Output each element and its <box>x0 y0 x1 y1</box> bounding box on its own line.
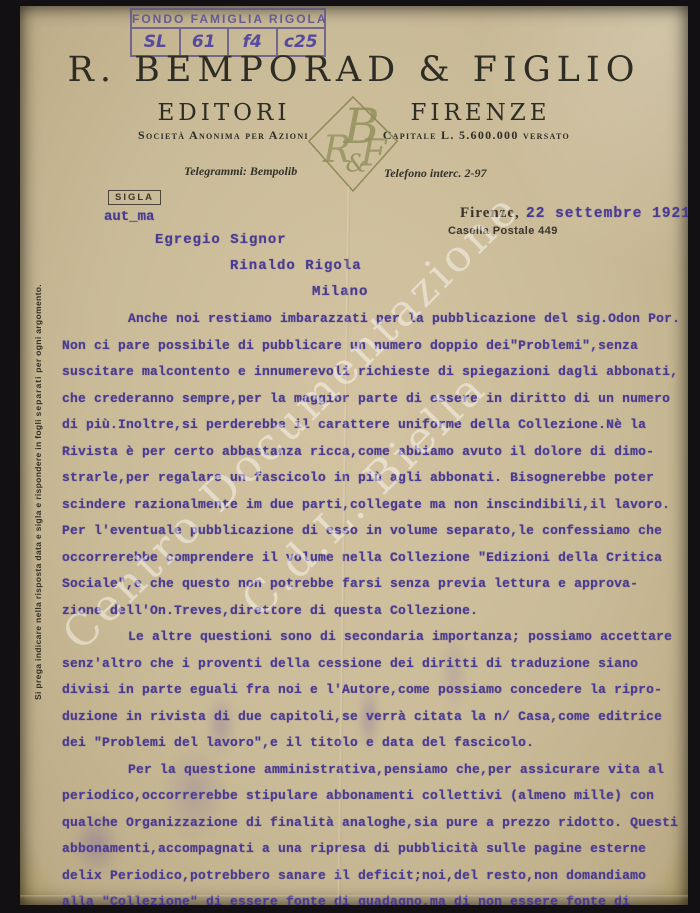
ink-smudge <box>358 682 380 752</box>
company-name: R. BEMPORAD & FIGLIO <box>20 50 688 90</box>
ink-smudge <box>72 812 120 876</box>
archive-stamp-title: FONDO FAMIGLIA RIGOLA <box>132 10 324 29</box>
letter-line: zione dell'On.Treves,direttore di questa… <box>62 598 677 625</box>
letter-line: Sociale",e che questo non potrebbe farsi… <box>62 571 677 598</box>
letter-line: Non ci pare possibile di pubblicare un n… <box>62 333 677 360</box>
dateline-typed-date: 22 settembre 1921 <box>526 206 688 222</box>
sigla-value: aut_ma <box>104 209 154 225</box>
phone-label: Telefono interc. 2-97 <box>384 166 487 181</box>
letter-line: occorrerebbe comprendere il volume nella… <box>62 545 677 572</box>
letter-paper: FONDO FAMIGLIA RIGOLA SL 61 f4 c25 R. BE… <box>20 6 688 905</box>
letter-line: periodico,occorrerebbe stipulare abbonam… <box>62 783 677 810</box>
dateline-city: Firenze, <box>460 205 520 222</box>
capital-label: Capitale L. 5.600.000 versato <box>383 128 570 143</box>
telegrams-label: Telegrammi: Bempolib <box>184 164 297 179</box>
paper-bottom-crease <box>20 895 688 898</box>
margin-note-text: Si prega indicare nella risposta data e … <box>33 284 43 700</box>
letter-line: senz'altro che i proventi della cessione… <box>62 651 677 678</box>
letter-line: abbonamenti,accompagnati a una ripresa d… <box>62 836 677 863</box>
letter-line: strarle,per regalare un fascicolo in più… <box>62 465 677 492</box>
recipient-name: Rinaldo Rigola <box>230 258 362 274</box>
letter-line: delix Periodico,potrebbero sanare il def… <box>62 863 677 890</box>
letter-line: Per la questione amministrativa,pensiamo… <box>62 757 677 784</box>
letter-line: Anche noi restiamo imbarazzati per la pu… <box>62 306 677 333</box>
letter-line: Le altre questioni sono di secondaria im… <box>62 624 677 651</box>
ink-smudge <box>206 692 236 758</box>
paragraph: Anche noi restiamo imbarazzati per la pu… <box>62 306 677 624</box>
company-type-label: Società Anonima per Azioni <box>138 128 309 143</box>
po-box-label: Casella Postale 449 <box>448 225 558 237</box>
letter-line: di più.Inoltre,si perderebbe il caratter… <box>62 412 677 439</box>
letter-line: che crederanno sempre,per la maggior par… <box>62 386 677 413</box>
letter-line: Rivista è per certo abbastanza ricca,com… <box>62 439 677 466</box>
ink-smudge <box>440 630 468 714</box>
margin-note-pre: Si prega indicare nella risposta data e … <box>33 416 43 700</box>
paragraph: Per la questione amministrativa,pensiamo… <box>62 757 677 906</box>
ink-smudge <box>162 744 228 840</box>
letter-line: suscitare malcontento e innumerevoli ric… <box>62 359 677 386</box>
sigla-box: SIGLA <box>108 190 161 205</box>
svg-text:&: & <box>345 148 367 177</box>
margin-note-post: per ogni argomento. <box>33 284 43 375</box>
margin-note-bold: separati <box>33 375 43 416</box>
recipient-salutation: Egregio Signor <box>155 232 287 248</box>
letter-line: qualche Organizzazione di finalità analo… <box>62 810 677 837</box>
letterhead-editori: EDITORI <box>158 100 291 126</box>
scanned-letter-screenshot: { "archive_stamp": { "title": "FONDO FAM… <box>0 0 700 913</box>
letter-line: scindere razionalmente im due parti,coll… <box>62 492 677 519</box>
letter-body: Anche noi restiamo imbarazzati per la pu… <box>62 306 677 905</box>
letterhead-firenze: FIRENZE <box>410 100 550 126</box>
recipient-city: Milano <box>312 284 368 300</box>
letter-line: Per l'eventuale pubblicazione di esso in… <box>62 518 677 545</box>
